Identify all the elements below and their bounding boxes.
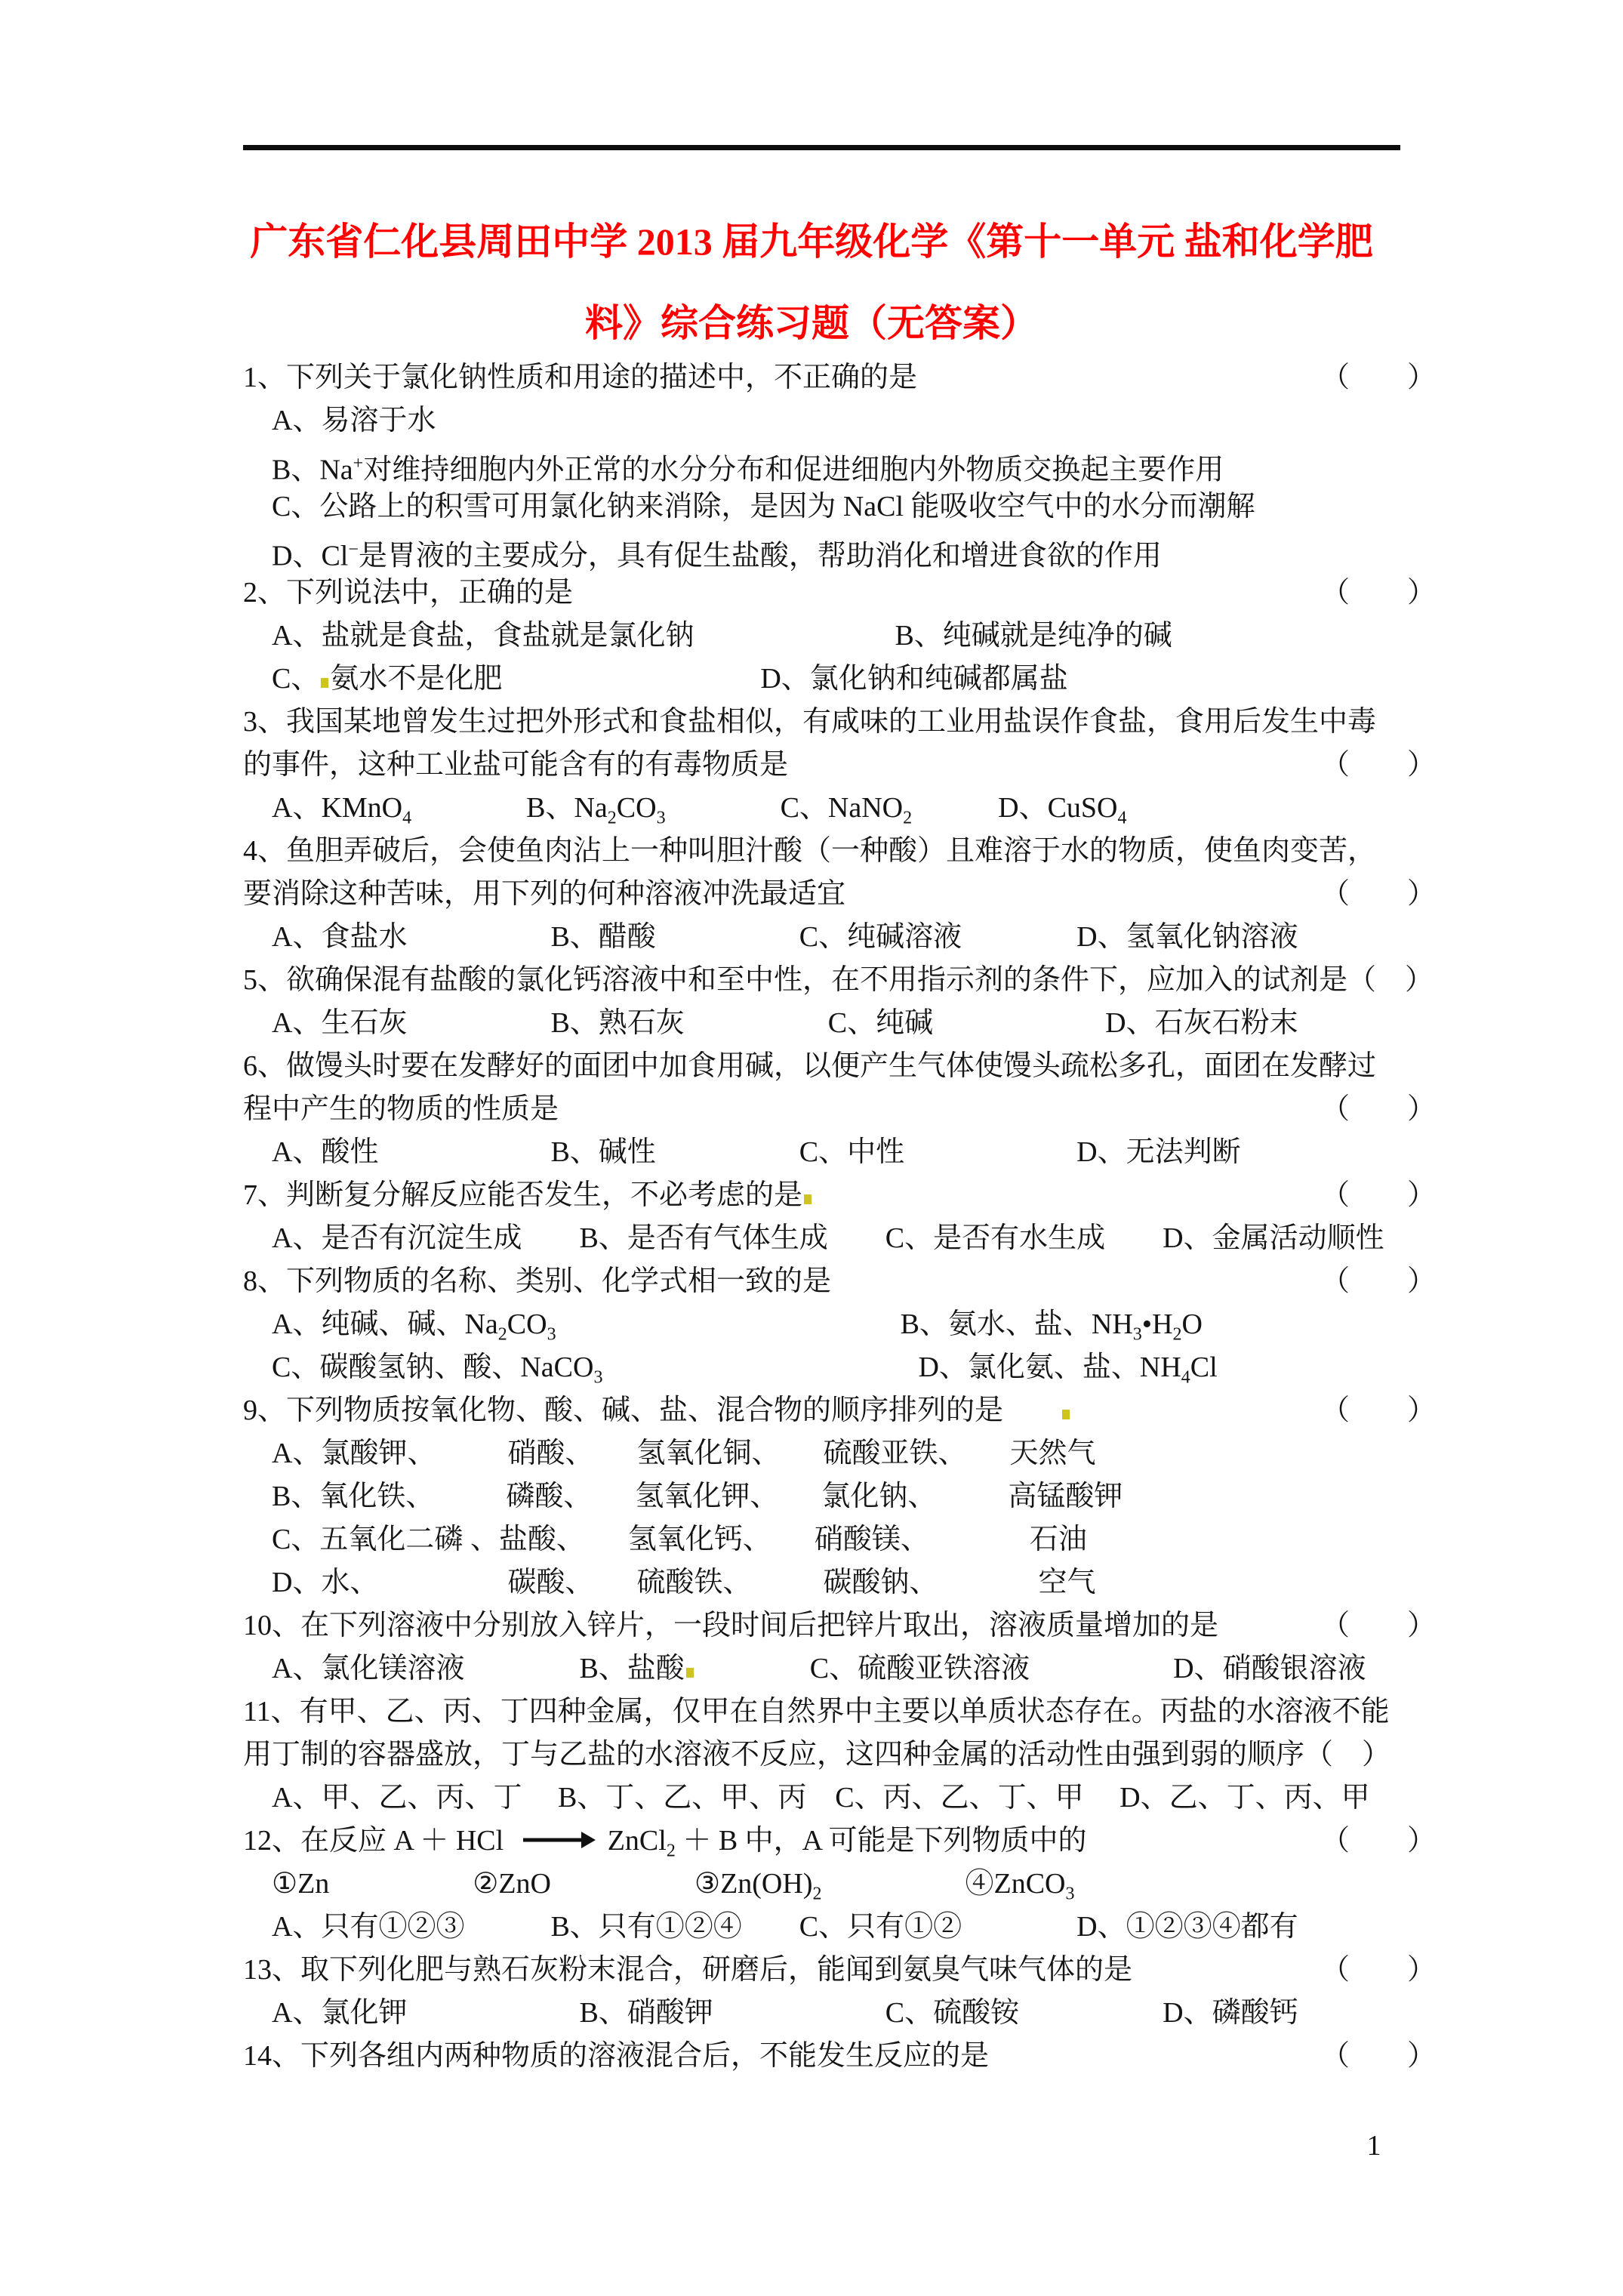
answer-blank: （ ） [1321, 873, 1436, 916]
line-text: A、氯化镁溶液 B、盐酸 C、硫酸亚铁溶液 D、硝酸银溶液 [272, 1647, 1366, 1690]
question-line: 10、在下列溶液中分别放入锌片，一段时间后把锌片取出，溶液质量增加的是（ ） [243, 1604, 1443, 1647]
question-line: 3、我国某地曾发生过把外形式和食盐相似，有咸味的工业用盐误作食盐，食用后发生中毒 [243, 701, 1443, 744]
line-text: D、水、 碳酸、 硫酸铁、 碳酸钠、 空气 [272, 1561, 1095, 1604]
line-text: 4、鱼胆弄破后，会使鱼肉沾上一种叫胆汁酸（一种酸）且难溶于水的物质，使鱼肉变苦， [243, 830, 1376, 873]
line-text: 程中产生的物质的性质是 [243, 1088, 559, 1131]
continuation-line: 用丁制的容器盛放，丁与乙盐的水溶液不反应，这四种金属的活动性由强到弱的顺序（ ） [243, 1734, 1443, 1777]
answer-blank: （ ） [1321, 1260, 1436, 1303]
line-text: 7、判断复分解反应能否发生，不必考虑的是 [243, 1174, 813, 1217]
line-text: B、氧化铁、 磷酸、 氢氧化钾、 氯化钠、 高锰酸钾 [272, 1475, 1123, 1518]
line-text: A、氯化钾 B、硝酸钾 C、硫酸铵 D、磷酸钙 [272, 1992, 1298, 2035]
answer-blank: （ ） [1321, 1604, 1436, 1647]
continuation-line: 程中产生的物质的性质是（ ） [243, 1088, 1443, 1131]
line-text: A、纯碱、碱、Na2CO3 B、氨水、盐、NH3•H2O [272, 1303, 1203, 1346]
option-line: A、氯化镁溶液 B、盐酸 C、硫酸亚铁溶液 D、硝酸银溶液 [243, 1647, 1443, 1690]
option-line: A、盐就是食盐，食盐就是氯化钠 B、纯碱就是纯净的碱 [243, 615, 1443, 658]
annotation-mark-icon [1062, 1410, 1070, 1419]
document-body: 1、下列关于氯化钠性质和用途的描述中，不正确的是（ ）A、易溶于水B、Na+对维… [243, 356, 1443, 2078]
line-text: 的事件，这种工业盐可能含有的有毒物质是 [243, 744, 788, 787]
line-text: A、氯酸钾、 硝酸、 氢氧化铜、 硫酸亚铁、 天然气 [272, 1432, 1095, 1475]
line-text: A、盐就是食盐，食盐就是氯化钠 B、纯碱就是纯净的碱 [272, 615, 1172, 658]
answer-blank: （ ） [1321, 1820, 1436, 1863]
answer-blank: （ ） [1321, 744, 1436, 787]
line-text: D、Cl−是胃液的主要成分，具有促生盐酸，帮助消化和增进食欲的作用 [272, 529, 1162, 572]
line-text: A、KMnO4 B、Na2CO3 C、NaNO2 D、CuSO4 [272, 787, 1127, 830]
line-text: 10、在下列溶液中分别放入锌片，一段时间后把锌片取出，溶液质量增加的是 [243, 1604, 1218, 1647]
reaction-arrow-icon [523, 1832, 596, 1848]
exam-document-page: 广东省仁化县周田中学 2013 届九年级化学《第十一单元 盐和化学肥 料》综合练… [0, 0, 1623, 2296]
option-line: A、氯化钾 B、硝酸钾 C、硫酸铵 D、磷酸钙 [243, 1992, 1443, 2035]
line-text: A、甲、乙、丙、丁 B、丁、乙、甲、丙 C、丙、乙、丁、甲 D、乙、丁、丙、甲 [272, 1777, 1370, 1820]
answer-blank: （ ） [1321, 1088, 1436, 1131]
document-title-line2: 料》综合练习题（无答案） [0, 282, 1623, 364]
annotation-mark-icon [321, 678, 328, 688]
line-text: 要消除这种苦味，用下列的何种溶液冲洗最适宜 [243, 873, 845, 916]
question-line: 5、欲确保混有盐酸的氯化钙溶液中和至中性，在不用指示剂的条件下，应加入的试剂是（… [243, 959, 1443, 1002]
question-line: 7、判断复分解反应能否发生，不必考虑的是（ ） [243, 1174, 1443, 1217]
question-line: 14、下列各组内两种物质的溶液混合后，不能发生反应的是（ ） [243, 2035, 1443, 2078]
line-text: A、是否有沉淀生成 B、是否有气体生成 C、是否有水生成 D、金属活动顺性 [272, 1217, 1384, 1260]
option-line: D、水、 碳酸、 硫酸铁、 碳酸钠、 空气 [243, 1561, 1443, 1604]
line-text: A、易溶于水 [272, 399, 436, 442]
line-text: B、Na+对维持细胞内外正常的水分分布和促进细胞内外物质交换起主要作用 [272, 442, 1224, 485]
line-text: C、五氧化二磷 、盐酸、 氢氧化钙、 硝酸镁、 石油 [272, 1518, 1087, 1561]
line-text: C、公路上的积雪可用氯化钠来消除，是因为 NaCl 能吸收空气中的水分而潮解 [272, 485, 1255, 529]
question-line: 13、取下列化肥与熟石灰粉末混合，研磨后，能闻到氨臭气味气体的是（ ） [243, 1949, 1443, 1992]
option-line: A、生石灰 B、熟石灰 C、纯碱 D、石灰石粉末 [243, 1002, 1443, 1045]
line-text: 用丁制的容器盛放，丁与乙盐的水溶液不反应，这四种金属的活动性由强到弱的顺序（ ） [243, 1734, 1390, 1777]
line-text: C、氨水不是化肥 D、氯化钠和纯碱都属盐 [272, 658, 1068, 701]
document-title: 广东省仁化县周田中学 2013 届九年级化学《第十一单元 盐和化学肥 料》综合练… [0, 201, 1623, 364]
line-text: 14、下列各组内两种物质的溶液混合后，不能发生反应的是 [243, 2035, 989, 2078]
question-line: 2、下列说法中，正确的是（ ） [243, 572, 1443, 615]
option-line: C、氨水不是化肥 D、氯化钠和纯碱都属盐 [243, 658, 1443, 701]
annotation-mark-icon [686, 1668, 694, 1678]
question-line: 1、下列关于氯化钠性质和用途的描述中，不正确的是（ ） [243, 356, 1443, 399]
option-line: A、酸性 B、碱性 C、中性 D、无法判断 [243, 1131, 1443, 1174]
document-title-line1: 广东省仁化县周田中学 2013 届九年级化学《第十一单元 盐和化学肥 [0, 201, 1623, 282]
option-line: C、五氧化二磷 、盐酸、 氢氧化钙、 硝酸镁、 石油 [243, 1518, 1443, 1561]
line-text: ①Zn ②ZnO ③Zn(OH)2 ④ZnCO3 [272, 1863, 1075, 1906]
answer-blank: （ ） [1321, 2035, 1436, 2078]
line-text: A、食盐水 B、醋酸 C、纯碱溶液 D、氢氧化钠溶液 [272, 916, 1298, 959]
question-line: 6、做馒头时要在发酵好的面团中加食用碱，以便产生气体使馒头疏松多孔，面团在发酵过 [243, 1045, 1443, 1088]
page-number: 1 [1351, 2129, 1397, 2162]
option-line: D、Cl−是胃液的主要成分，具有促生盐酸，帮助消化和增进食欲的作用 [243, 529, 1443, 572]
line-text: 2、下列说法中，正确的是 [243, 572, 573, 615]
option-line: ①Zn ②ZnO ③Zn(OH)2 ④ZnCO3 [243, 1863, 1443, 1906]
line-text: 1、下列关于氯化钠性质和用途的描述中，不正确的是 [243, 356, 917, 399]
line-text: A、只有①②③ B、只有①②④ C、只有①② D、①②③④都有 [272, 1906, 1298, 1949]
line-text: 3、我国某地曾发生过把外形式和食盐相似，有咸味的工业用盐误作食盐，食用后发生中毒 [243, 701, 1376, 744]
answer-blank: （ ） [1321, 572, 1436, 615]
option-line: B、Na+对维持细胞内外正常的水分分布和促进细胞内外物质交换起主要作用 [243, 442, 1443, 485]
line-text: C、碳酸氢钠、酸、NaCO3 D、氯化氨、盐、NH4Cl [272, 1346, 1218, 1389]
question-line: 8、下列物质的名称、类别、化学式相一致的是（ ） [243, 1260, 1443, 1303]
line-text: 11、有甲、乙、丙、丁四种金属，仅甲在自然界中主要以单质状态存在。丙盐的水溶液不… [243, 1690, 1390, 1734]
line-text: A、生石灰 B、熟石灰 C、纯碱 D、石灰石粉末 [272, 1002, 1298, 1045]
option-line: A、KMnO4 B、Na2CO3 C、NaNO2 D、CuSO4 [243, 787, 1443, 830]
option-line: A、只有①②③ B、只有①②④ C、只有①② D、①②③④都有 [243, 1906, 1443, 1949]
option-line: A、是否有沉淀生成 B、是否有气体生成 C、是否有水生成 D、金属活动顺性 [243, 1217, 1443, 1260]
answer-blank: （ ） [1321, 356, 1436, 399]
option-line: A、食盐水 B、醋酸 C、纯碱溶液 D、氢氧化钠溶液 [243, 916, 1443, 959]
annotation-mark-icon [804, 1194, 811, 1204]
continuation-line: 要消除这种苦味，用下列的何种溶液冲洗最适宜（ ） [243, 873, 1443, 916]
header-rule [243, 145, 1400, 150]
answer-blank: （ ） [1321, 1389, 1436, 1432]
continuation-line: 的事件，这种工业盐可能含有的有毒物质是（ ） [243, 744, 1443, 787]
option-line: C、公路上的积雪可用氯化钠来消除，是因为 NaCl 能吸收空气中的水分而潮解 [243, 485, 1443, 529]
line-text: 8、下列物质的名称、类别、化学式相一致的是 [243, 1260, 831, 1303]
question-line: 4、鱼胆弄破后，会使鱼肉沾上一种叫胆汁酸（一种酸）且难溶于水的物质，使鱼肉变苦， [243, 830, 1443, 873]
line-text: 6、做馒头时要在发酵好的面团中加食用碱，以便产生气体使馒头疏松多孔，面团在发酵过 [243, 1045, 1376, 1088]
option-line: B、氧化铁、 磷酸、 氢氧化钾、 氯化钠、 高锰酸钾 [243, 1475, 1443, 1518]
line-text: A、酸性 B、碱性 C、中性 D、无法判断 [272, 1131, 1241, 1174]
line-text: 9、下列物质按氧化物、酸、碱、盐、混合物的顺序排列的是 [243, 1389, 1071, 1432]
answer-blank: （ ） [1321, 1174, 1436, 1217]
option-line: A、氯酸钾、 硝酸、 氢氧化铜、 硫酸亚铁、 天然气 [243, 1432, 1443, 1475]
option-line: C、碳酸氢钠、酸、NaCO3 D、氯化氨、盐、NH4Cl [243, 1346, 1443, 1389]
question-line: 9、下列物质按氧化物、酸、碱、盐、混合物的顺序排列的是 （ ） [243, 1389, 1443, 1432]
option-line: A、易溶于水 [243, 399, 1443, 442]
line-text: 13、取下列化肥与熟石灰粉末混合，研磨后，能闻到氨臭气味气体的是 [243, 1949, 1132, 1992]
line-text: 12、在反应 A ＋ HCl ZnCl2 ＋ B 中，A 可能是下列物质中的 [243, 1820, 1087, 1863]
question-line: 11、有甲、乙、丙、丁四种金属，仅甲在自然界中主要以单质状态存在。丙盐的水溶液不… [243, 1690, 1443, 1734]
option-line: A、纯碱、碱、Na2CO3 B、氨水、盐、NH3•H2O [243, 1303, 1443, 1346]
line-text: 5、欲确保混有盐酸的氯化钙溶液中和至中性，在不用指示剂的条件下，应加入的试剂是（… [243, 959, 1434, 1002]
option-line: A、甲、乙、丙、丁 B、丁、乙、甲、丙 C、丙、乙、丁、甲 D、乙、丁、丙、甲 [243, 1777, 1443, 1820]
answer-blank: （ ） [1321, 1949, 1436, 1992]
question-line: 12、在反应 A ＋ HCl ZnCl2 ＋ B 中，A 可能是下列物质中的（ … [243, 1820, 1443, 1863]
